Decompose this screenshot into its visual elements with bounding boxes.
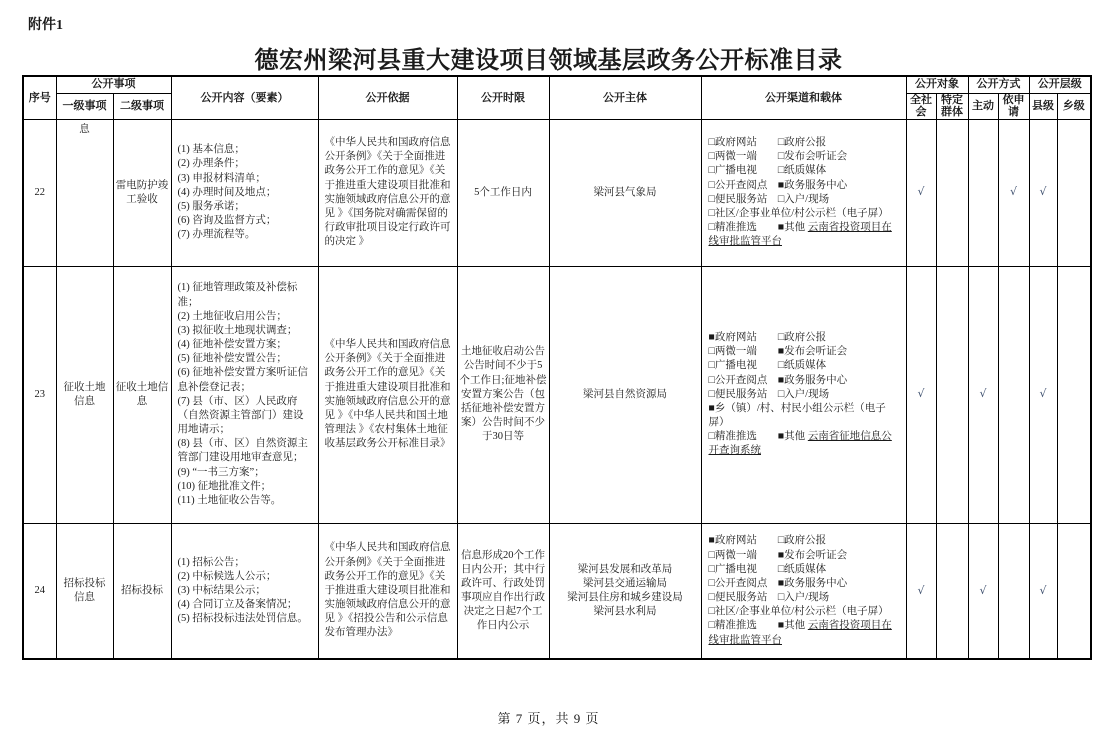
header-content: 公开内容（要素） [171, 76, 318, 119]
cell-subject: 梁河县自然资源局 [549, 266, 701, 523]
content-item: (2) 土地征收启用公告； [178, 310, 312, 324]
content-item: (10) 征地批准文件； [178, 480, 312, 494]
cell-channels: ■政府网站 □政府公报□两微一端 ■发布会听证会□广播电视 □纸质媒体□公开查阅… [701, 266, 906, 523]
cell-subject: 梁河县气象局 [549, 119, 701, 266]
cell-seq: 24 [23, 523, 56, 659]
cell-mark-method-request: √ [998, 119, 1029, 266]
page-title: 德宏州梁河县重大建设项目领域基层政务公开标准目录 [0, 40, 1097, 75]
cell-subject: 梁河县发展和改革局梁河县交通运输局梁河县住房和城乡建设局梁河县水利局 [549, 523, 701, 659]
content-item: (5) 招标投标违法处罚信息。 [178, 612, 312, 626]
channel-other-label: □精准推选 ■其他 [709, 222, 808, 233]
header-audience-all: 全社会 [906, 93, 936, 119]
channel-other-line: □精准推选 ■其他 云南省投资项目在线审批监管平台 [709, 221, 900, 249]
cell-basis: 《中华人民共和国政府信息公开条例》《关于全面推进政务公开工作的意见》《关于推进重… [318, 266, 457, 523]
channel-option: ■政府网站 □政府公报 [709, 331, 900, 345]
channel-other-label: □精准推选 ■其他 [709, 620, 808, 631]
channel-option: □便民服务站 □入户/现场 [709, 388, 900, 402]
content-list: (1) 征地管理政策及补偿标准；(2) 土地征收启用公告；(3) 拟征收土地现状… [178, 281, 312, 508]
content-item: (4) 合同订立及备案情况； [178, 598, 312, 612]
subject-name: 梁河县自然资源局 [552, 388, 699, 402]
content-item: (9) “一书三方案”； [178, 466, 312, 480]
content-item: (6) 咨询及监督方式； [178, 214, 312, 228]
attachment-label: 附件1 [28, 14, 63, 34]
subject-list: 梁河县自然资源局 [552, 388, 699, 402]
channel-option: □公开查阅点 ■政务服务中心 [709, 374, 900, 388]
subject-name: 梁河县交通运输局 [552, 577, 699, 591]
header-basis: 公开依据 [318, 76, 457, 119]
channel-option: □两微一端 ■发布会听证会 [709, 549, 900, 563]
page-footer: 第 7 页，共 9 页 [0, 708, 1097, 727]
channel-option: □两微一端 ■发布会听证会 [709, 345, 900, 359]
header-level-county: 县级 [1029, 93, 1057, 119]
channel-other-label: □精准推选 ■其他 [709, 431, 808, 442]
cell-level1: 征收土地信息 [56, 266, 113, 523]
header-audience-group: 公开对象 [906, 76, 968, 93]
content-item: (4) 办理时间及地点； [178, 186, 312, 200]
header-method-request: 依申请 [998, 93, 1029, 119]
subject-list: 梁河县气象局 [552, 186, 699, 200]
content-item: (2) 中标候选人公示； [178, 570, 312, 584]
channel-option: □便民服务站 □入户/现场 [709, 193, 900, 207]
content-item: (5) 征地补偿安置公告； [178, 352, 312, 366]
channel-list: □政府网站 □政府公报□两微一端 □发布会听证会□广播电视 □纸质媒体□公开查阅… [709, 136, 900, 221]
cell-content: (1) 招标公告；(2) 中标候选人公示；(3) 中标结果公示；(4) 合同订立… [171, 523, 318, 659]
cell-level2: 征收土地信息 [113, 266, 171, 523]
header-channels: 公开渠道和载体 [701, 76, 906, 119]
header-level1: 一级事项 [56, 93, 113, 119]
content-item: (6) 征地补偿安置方案听证信息补偿登记表； [178, 366, 312, 394]
channel-list: ■政府网站 □政府公报□两微一端 ■发布会听证会□广播电视 □纸质媒体□公开查阅… [709, 331, 900, 430]
header-matter-group: 公开事项 [56, 76, 171, 93]
table-row-23: 23 征收土地信息 征收土地信息 (1) 征地管理政策及补偿标准；(2) 土地征… [23, 266, 1091, 523]
content-item: (1) 招标公告； [178, 556, 312, 570]
cell-mark-level-county: √ [1029, 119, 1057, 266]
channel-option: □社区/企事业单位/村公示栏（电子屏） [709, 207, 900, 221]
cell-level2: 雷电防护竣工验收 [113, 119, 171, 266]
channel-option: □两微一端 □发布会听证会 [709, 150, 900, 164]
channel-option: □公开查阅点 ■政务服务中心 [709, 577, 900, 591]
cell-mark-audience-specific [936, 523, 968, 659]
cell-mark-audience-specific [936, 266, 968, 523]
cell-mark-method-active [968, 119, 998, 266]
cell-mark-method-active: √ [968, 266, 998, 523]
cell-content: (1) 征地管理政策及补偿标准；(2) 土地征收启用公告；(3) 拟征收土地现状… [171, 266, 318, 523]
channel-option: ■乡（镇）/村、村民小组公示栏（电子屏） [709, 402, 900, 430]
channel-option: □广播电视 □纸质媒体 [709, 359, 900, 373]
cell-mark-audience-all: √ [906, 266, 936, 523]
content-item: (3) 中标结果公示； [178, 584, 312, 598]
cell-mark-level-township [1057, 266, 1091, 523]
channel-option: □社区/企事业单位/村公示栏（电子屏） [709, 605, 900, 619]
cell-time-limit: 5个工作日内 [457, 119, 549, 266]
cell-mark-method-request [998, 523, 1029, 659]
subject-name: 梁河县水利局 [552, 605, 699, 619]
channel-option: □广播电视 □纸质媒体 [709, 563, 900, 577]
channel-other-line: □精准推选 ■其他 云南省投资项目在线审批监管平台 [709, 619, 900, 647]
cell-content: (1) 基本信息；(2) 办理条件；(3) 申报材料清单；(4) 办理时间及地点… [171, 119, 318, 266]
channel-option: □公开查阅点 ■政务服务中心 [709, 179, 900, 193]
cell-basis: 《中华人民共和国政府信息公开条例》《关于全面推进政务公开工作的意见》《关于推进重… [318, 523, 457, 659]
standards-table: 序号 公开事项 公开内容（要素） 公开依据 公开时限 公开主体 公开渠道和载体 … [22, 75, 1092, 660]
subject-name: 梁河县发展和改革局 [552, 563, 699, 577]
cell-seq: 22 [23, 119, 56, 266]
subject-name: 梁河县住房和城乡建设局 [552, 591, 699, 605]
cell-mark-method-request [998, 266, 1029, 523]
cell-seq: 23 [23, 266, 56, 523]
cell-channels: □政府网站 □政府公报□两微一端 □发布会听证会□广播电视 □纸质媒体□公开查阅… [701, 119, 906, 266]
content-list: (1) 基本信息；(2) 办理条件；(3) 申报材料清单；(4) 办理时间及地点… [178, 143, 312, 242]
cell-mark-level-township [1057, 119, 1091, 266]
subject-name: 梁河县气象局 [552, 186, 699, 200]
cell-mark-audience-all: √ [906, 523, 936, 659]
header-level-township: 乡级 [1057, 93, 1091, 119]
document-page: 附件1 德宏州梁河县重大建设项目领域基层政务公开标准目录 序号 公开事项 公开内… [0, 0, 1097, 752]
cell-level1: 息 [56, 119, 113, 266]
cell-mark-audience-specific [936, 119, 968, 266]
channel-list: ■政府网站 □政府公报□两微一端 ■发布会听证会□广播电视 □纸质媒体□公开查阅… [709, 534, 900, 619]
cell-level2: 招标投标 [113, 523, 171, 659]
subject-list: 梁河县发展和改革局梁河县交通运输局梁河县住房和城乡建设局梁河县水利局 [552, 563, 699, 620]
content-item: (2) 办理条件； [178, 157, 312, 171]
content-item: (5) 服务承诺； [178, 200, 312, 214]
cell-mark-level-county: √ [1029, 523, 1057, 659]
cell-mark-level-county: √ [1029, 266, 1057, 523]
content-list: (1) 招标公告；(2) 中标候选人公示；(3) 中标结果公示；(4) 合同订立… [178, 556, 312, 627]
header-seq: 序号 [23, 76, 56, 119]
content-item: (11) 土地征收公告等。 [178, 494, 312, 508]
header-time-limit: 公开时限 [457, 76, 549, 119]
cell-time-limit: 信息形成20个工作日内公开；其中行政许可、行政处罚事项应自作出行政决定之日起7个… [457, 523, 549, 659]
table-row-24: 24 招标投标信息 招标投标 (1) 招标公告；(2) 中标候选人公示；(3) … [23, 523, 1091, 659]
cell-mark-audience-all: √ [906, 119, 936, 266]
cell-mark-level-township [1057, 523, 1091, 659]
channel-option: □政府网站 □政府公报 [709, 136, 900, 150]
channel-option: □便民服务站 □入户/现场 [709, 591, 900, 605]
content-item: (3) 申报材料清单； [178, 172, 312, 186]
header-audience-specific: 特定群体 [936, 93, 968, 119]
content-item: (8) 县（市、区）自然资源主管部门建设用地审查意见； [178, 437, 312, 465]
content-item: (3) 拟征收土地现状调查； [178, 324, 312, 338]
content-item: (7) 办理流程等。 [178, 228, 312, 242]
cell-level1: 招标投标信息 [56, 523, 113, 659]
content-item: (1) 基本信息； [178, 143, 312, 157]
header-method-active: 主动 [968, 93, 998, 119]
content-item: (4) 征地补偿安置方案； [178, 338, 312, 352]
header-subject: 公开主体 [549, 76, 701, 119]
cell-mark-method-active: √ [968, 523, 998, 659]
content-item: (7) 县（市、区）人民政府（自然资源主管部门）建设用地请示； [178, 395, 312, 438]
header-level-group: 公开层级 [1029, 76, 1091, 93]
channel-option: □广播电视 □纸质媒体 [709, 164, 900, 178]
cell-channels: ■政府网站 □政府公报□两微一端 ■发布会听证会□广播电视 □纸质媒体□公开查阅… [701, 523, 906, 659]
cell-time-limit: 土地征收启动公告公告时间不少于5个工作日;征地补偿安置方案公告（包括征地补偿安置… [457, 266, 549, 523]
header-level2: 二级事项 [113, 93, 171, 119]
cell-basis: 《中华人民共和国政府信息公开条例》《关于全面推进政务公开工作的意见》《关于推进重… [318, 119, 457, 266]
channel-other-line: □精准推选 ■其他 云南省征地信息公开查询系统 [709, 430, 900, 458]
table-row-22: 22 息 雷电防护竣工验收 (1) 基本信息；(2) 办理条件；(3) 申报材料… [23, 119, 1091, 266]
content-item: (1) 征地管理政策及补偿标准； [178, 281, 312, 309]
header-method-group: 公开方式 [968, 76, 1029, 93]
channel-option: ■政府网站 □政府公报 [709, 534, 900, 548]
